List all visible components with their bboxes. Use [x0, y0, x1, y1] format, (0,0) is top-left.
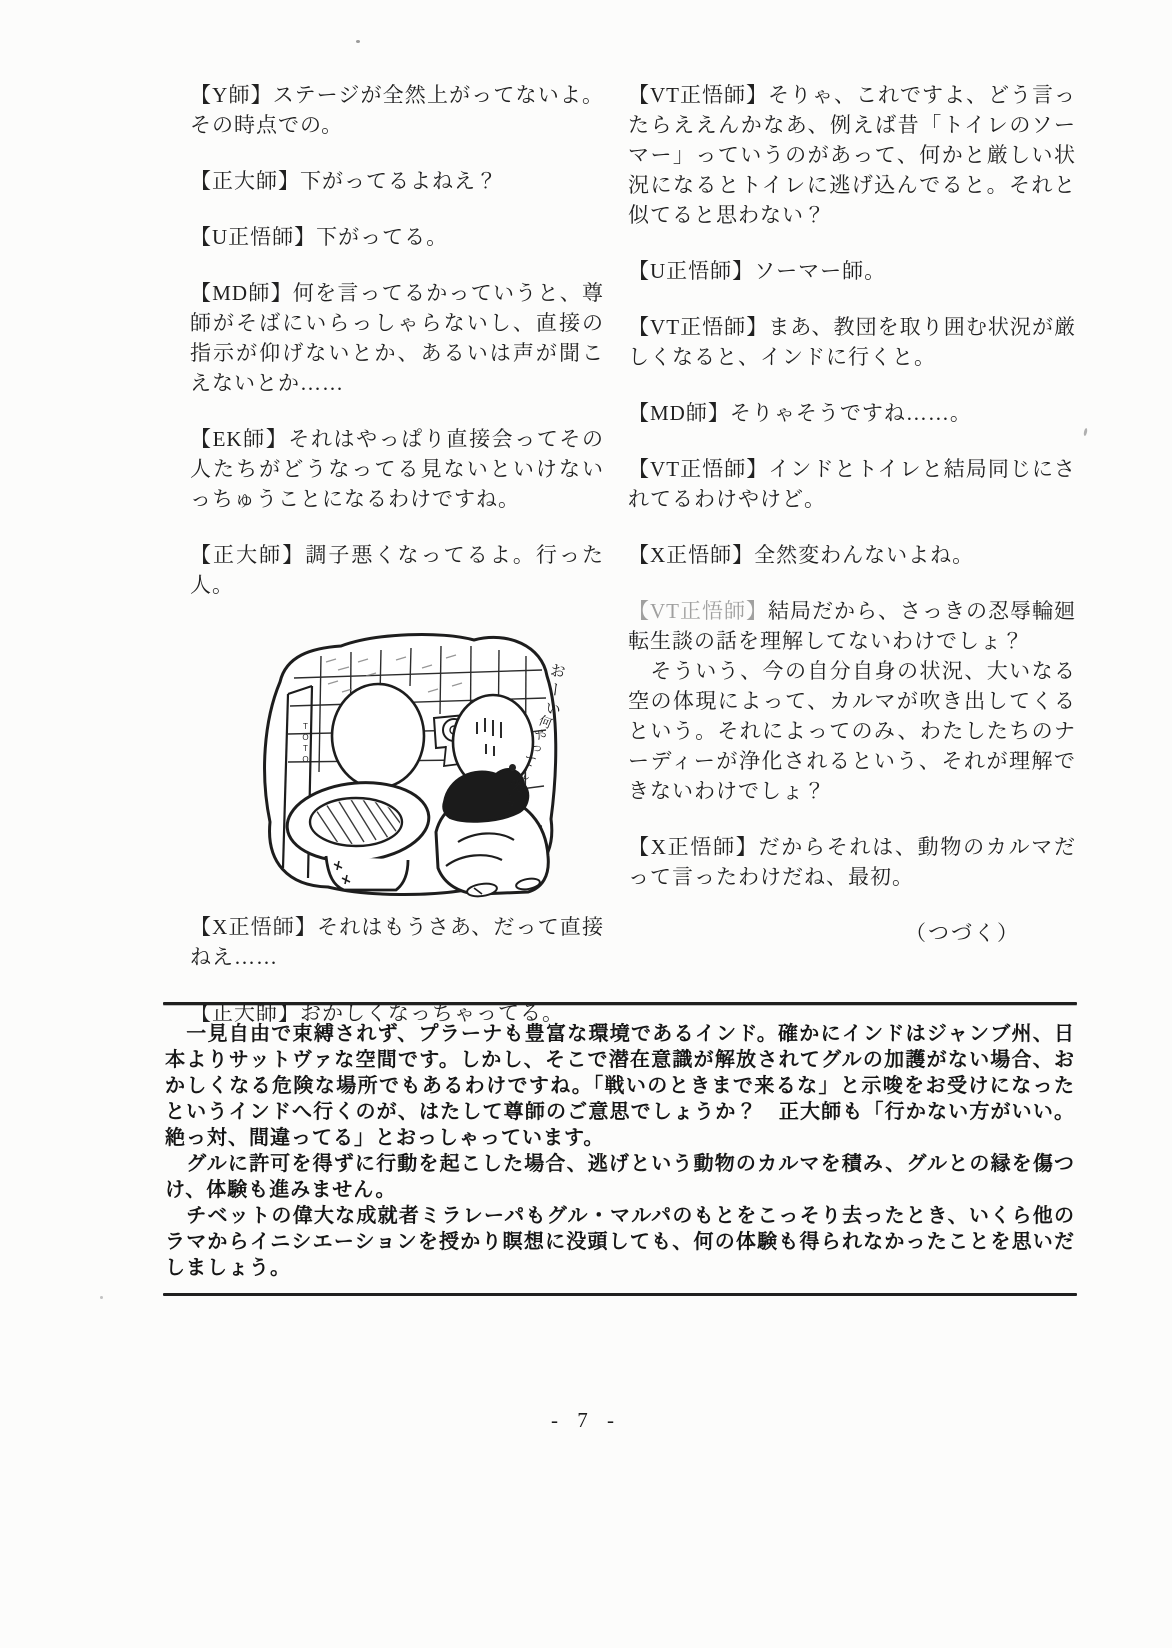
knock-dot [509, 764, 516, 771]
dialogue-left-4: 【EK師】それはやっぱり直接会ってその人たちがどうなってる見ないといけないっちゅ… [190, 424, 604, 514]
speaker-label: 【正大師】 [190, 543, 305, 567]
scan-speck [1083, 428, 1088, 436]
page-number: - 7 - [0, 1408, 1172, 1433]
continuation-marker: （つづく） [628, 918, 1020, 948]
speaker-label: 【MD師】 [190, 281, 293, 305]
note-body: 一見自由で束縛されず、プラーナも豊富な環境であるインド。確かにインドはジャンブ州… [163, 1005, 1077, 1293]
dialogue-left-0: 【Y師】ステージが全然上がってないよ。その時点での。 [190, 80, 604, 140]
dialogue-text: 全然変わんないよね。 [754, 543, 974, 567]
scan-speck [356, 40, 360, 43]
dialogue-columns: 【Y師】ステージが全然上がってないよ。その時点での。 【正大師】下がってるよねえ… [190, 80, 1076, 1054]
scanned-document-page: 【Y師】ステージが全然上がってないよ。その時点での。 【正大師】下がってるよねえ… [0, 0, 1172, 1648]
speaker-label: 【X正悟師】 [190, 915, 317, 939]
dialogue-right-3: 【MD師】そりゃそうですね……。 [628, 398, 1076, 428]
dialogue-right-6: 【VT正悟師】結局だから、さっきの忍辱輪廻転生談の話を理解してないわけでしょ？ … [628, 596, 1076, 806]
speaker-label: 【VT正悟師】 [628, 83, 768, 107]
editorial-note: 一見自由で束縛されず、プラーナも豊富な環境であるインド。確かにインドはジャンブ州… [163, 1002, 1077, 1296]
note-paragraph: チベットの偉大な成就者ミラレーパもグル・マルパのもとをこっそり去ったとき、いくら… [165, 1203, 1075, 1281]
dialogue-text: 結局だから、さっきの忍辱輪廻転生談の話を理解してないわけでしょ？ そういう、今の… [628, 599, 1076, 803]
dialogue-right-2: 【VT正悟師】まあ、教団を取り囲む状況が厳しくなると、インドに行くと。 [628, 312, 1076, 372]
dialogue-right-5: 【X正悟師】全然変わんないよね。 [628, 540, 1076, 570]
speaker-label: 【正大師】 [190, 169, 300, 193]
dialogue-text: 下がってる。 [316, 225, 448, 249]
right-column: 【VT正悟師】そりゃ、これですよ、どう言ったらええんかなあ、例えば昔「トイレのソ… [628, 80, 1076, 1054]
dialogue-right-1: 【U正悟師】ソーマー師。 [628, 256, 1076, 286]
speaker-label: 【X正悟師】 [628, 835, 759, 859]
speaker-label: 【EK師】 [190, 427, 288, 451]
speaker-label-faded: 【VT正悟師】 [628, 599, 768, 623]
dialogue-left-6: 【X正悟師】それはもうさあ、だって直接ねえ…… [190, 912, 604, 972]
toilet-illustration: TOTO おーい 何やってんだ コンコン [246, 626, 582, 898]
note-paragraph: グルに許可を得ずに行動を起こした場合、逃げという動物のカルマを積み、グルとの縁を… [165, 1151, 1075, 1203]
dialogue-left-1: 【正大師】下がってるよねえ？ [190, 166, 604, 196]
dialogue-left-2: 【U正悟師】下がってる。 [190, 222, 604, 252]
dialogue-left-3: 【MD師】何を言ってるかっていうと、尊師がそばにいらっしゃらないし、直接の指示が… [190, 278, 604, 398]
dialogue-right-4: 【VT正悟師】インドとトイレと結局同じにされてるわけやけど。 [628, 454, 1076, 514]
dialogue-text: そりゃそうですね……。 [730, 401, 972, 425]
speaker-label: 【VT正悟師】 [628, 315, 768, 339]
door-brand-label: TOTO [290, 722, 320, 766]
dialogue-right-0: 【VT正悟師】そりゃ、これですよ、どう言ったらええんかなあ、例えば昔「トイレのソ… [628, 80, 1076, 230]
dialogue-text: 下がってるよねえ？ [300, 169, 498, 193]
speaker-label: 【Y師】 [190, 83, 273, 107]
speaker-label: 【U正悟師】 [190, 225, 316, 249]
speaker-label: 【X正悟師】 [628, 543, 754, 567]
scan-speck [100, 1296, 103, 1299]
speaker-label: 【U正悟師】 [628, 259, 754, 283]
speaker-label: 【MD師】 [628, 401, 730, 425]
speaker-label: 【VT正悟師】 [628, 457, 768, 481]
dialogue-left-5: 【正大師】調子悪くなってるよ。行った人。 [190, 540, 604, 600]
dialogue-right-7: 【X正悟師】だからそれは、動物のカルマだって言ったわけだね、最初。 [628, 832, 1076, 892]
dialogue-text: ソーマー師。 [754, 259, 886, 283]
note-bottom-rule [163, 1293, 1077, 1296]
mirror [332, 684, 424, 788]
left-column: 【Y師】ステージが全然上がってないよ。その時点での。 【正大師】下がってるよねえ… [190, 80, 604, 1054]
note-paragraph: 一見自由で束縛されず、プラーナも豊富な環境であるインド。確かにインドはジャンブ州… [165, 1021, 1075, 1151]
